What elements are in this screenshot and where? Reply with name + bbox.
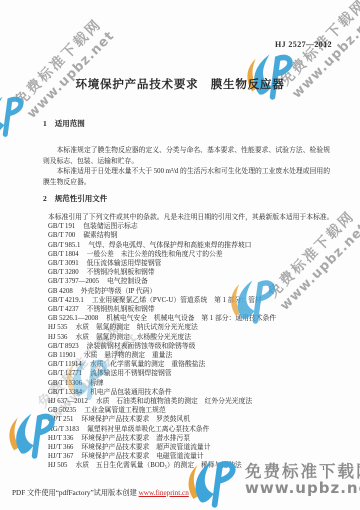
reference-title: 碳素结构钢	[83, 232, 117, 239]
reference-code: GB 11901	[48, 351, 76, 360]
reference-title: 低压流体输送用焊接钢管	[87, 260, 162, 267]
reference-item: HJ 505水质 五日生化需氧量（BOD₅）的测定 稀释与接种法	[48, 461, 330, 470]
reference-item: GB/T 13306标牌	[48, 379, 330, 388]
document-page: 免费标准下载网 www.upbz.net 免费标准下载网 www.upbz.ne…	[0, 0, 360, 510]
reference-code: GB/T 12771	[48, 369, 82, 378]
reference-code: HJ/T 366	[48, 443, 73, 452]
reference-title: 包装储运图示标志	[83, 223, 137, 230]
reference-item: GB/T 12771流体输送用不锈钢焊接钢管	[48, 369, 330, 378]
reference-code: GB/T 13384	[48, 388, 82, 397]
pdf-footer: PDF 文件使用“pdfFactory”试用版本创建 www.fineprint…	[12, 488, 189, 498]
standard-number: HJ 2527—2012	[275, 40, 332, 49]
reference-code: GB/T 700	[48, 231, 75, 240]
reference-item: HJ 637—2012水质 石油类和动植物油类的测定 红外分光光度法	[48, 397, 330, 406]
reference-title: 一般公差 未注公差的线性和角度尺寸的公差	[87, 251, 223, 258]
document-text-layer: HJ 2527—2012 环境保护产品技术要求 膜生物反应器 1适用范围 本标准…	[0, 0, 360, 510]
reference-item: GB/T 8923涂装前钢材表面锈蚀等级和除锈等级	[48, 342, 330, 351]
reference-item: GB/T 3797—2005电气控制设备	[48, 277, 330, 286]
reference-code: HJ 536	[48, 333, 67, 342]
reference-code: GB/T 11914	[48, 360, 82, 369]
reference-title: 流体输送用不锈钢焊接钢管	[90, 370, 172, 377]
reference-title: 环境保护产品技术要求 超声波管道流量计	[81, 444, 210, 451]
paragraph-scope-2: 本标准适用于日处理水量不大于 500 m³/d 的生活污水和可生化处理的工业废水…	[43, 167, 330, 188]
reference-item: GB 11901水质 悬浮物的测定 重量法	[48, 351, 330, 360]
reference-item: HG/T 3183氟塑料衬里单级单吸化工离心泵技术条件	[48, 425, 330, 434]
reference-code: GB/T 3797—2005	[48, 277, 99, 286]
reference-title: 水质 悬浮物的测定 重量法	[84, 352, 172, 359]
reference-item: GB/T 3280不锈钢冷轧钢板和钢带	[48, 268, 330, 277]
reference-item: HJ 535水质 氨氮的测定 纳氏试剂分光光度法	[48, 323, 330, 332]
reference-code: HJ/T 251	[48, 415, 73, 424]
reference-title: 电气控制设备	[107, 278, 148, 285]
section-title: 规范性引用文件	[55, 194, 108, 203]
reference-item: GB/T 4237不锈钢热轧钢板和钢带	[48, 305, 330, 314]
reference-item: HJ/T 366环境保护产品技术要求 超声波管道流量计	[48, 443, 330, 452]
reference-title: 水质 氨氮的测定 纳氏试剂分光光度法	[75, 324, 197, 331]
reference-code: GB 5226.1—2008	[48, 314, 98, 323]
reference-code: GB/T 13306	[48, 379, 82, 388]
references-intro: 本标准引用了下列文件或其中的条款。凡是未注明日期的引用文件，其最新版本适用于本标…	[48, 213, 330, 222]
reference-item: GB/T 191包装储运图示标志	[48, 222, 330, 231]
reference-code: GB/T 1804	[48, 250, 79, 259]
reference-title: 环境保护产品技术要求 罗茨鼓风机	[81, 416, 190, 423]
reference-code: HJ/T 336	[48, 434, 73, 443]
document-title: 环境保护产品技术要求 膜生物反应器	[0, 76, 360, 92]
reference-code: HJ 535	[48, 323, 67, 332]
reference-item: GB/T 985.1气焊、焊条电弧焊、气体保护焊和高能束焊的推荐坡口	[48, 241, 330, 250]
reference-code: GB/T 8923	[48, 342, 79, 351]
reference-title: 外壳防护等级（IP 代码）	[81, 288, 156, 295]
reference-title: 气焊、焊条电弧焊、气体保护焊和高能束焊的推荐坡口	[88, 242, 251, 249]
reference-title: 水质 化学需氧量的测定 重铬酸盐法	[90, 361, 206, 368]
section-number: 2	[43, 194, 47, 203]
reference-title: 水质 石油类和动植物油类的测定 红外分光光度法	[96, 398, 252, 405]
reference-title: 标牌	[90, 380, 104, 387]
reference-item: GB/T 700碳素结构钢	[48, 231, 330, 240]
reference-title: 工业金属管道工程施工规范	[84, 407, 166, 414]
reference-code: HJ 637—2012	[48, 397, 88, 406]
reference-item: GB/T 3091低压流体输送用焊接钢管	[48, 259, 330, 268]
reference-code: GB 50235	[48, 406, 76, 415]
reference-code: HJ/T 367	[48, 452, 73, 461]
reference-code: HG/T 3183	[48, 425, 79, 434]
reference-code: GB/T 4237	[48, 305, 79, 314]
reference-title: 水质 氨氮的测定 水杨酸分光光度法	[75, 334, 191, 341]
reference-code: GB 4208	[48, 287, 73, 296]
paragraph-scope-1: 本标准规定了膜生物反应器的定义、分类与命名、基本要求、性能要求、试验方法、检验规…	[43, 146, 330, 167]
reference-code: GB/T 4219.1	[48, 296, 84, 305]
page-number: 1	[322, 465, 325, 472]
reference-item: HJ/T 367环境保护产品技术要求 电磁管道流量计	[48, 452, 330, 461]
reference-item: GB 4208外壳防护等级（IP 代码）	[48, 287, 330, 296]
reference-title: 机电产品包装通用技术条件	[90, 389, 172, 396]
reference-title: 机械电气安全 机械电气设备 第 1 部分：通用技术条件	[106, 315, 276, 322]
reference-item: GB/T 11914水质 化学需氧量的测定 重铬酸盐法	[48, 360, 330, 369]
reference-code: GB/T 985.1	[48, 241, 80, 250]
reference-code: GB/T 191	[48, 222, 75, 231]
section-heading-references: 2规范性引用文件	[43, 193, 330, 204]
reference-item: GB/T 4219.1工业用硬聚氯乙烯（PVC-U）管道系统 第 1 部分：管材	[48, 296, 330, 305]
footer-link[interactable]: www.fineprint.cn	[139, 489, 189, 497]
reference-title: 不锈钢冷轧钢板和钢带	[87, 269, 155, 276]
section-title: 适用范围	[55, 119, 85, 128]
reference-title: 工业用硬聚氯乙烯（PVC-U）管道系统 第 1 部分：管材	[92, 297, 262, 304]
reference-item: GB/T 1804一般公差 未注公差的线性和角度尺寸的公差	[48, 250, 330, 259]
reference-code: GB/T 3280	[48, 268, 79, 277]
reference-title: 氟塑料衬里单级单吸化工离心泵技术条件	[87, 426, 209, 433]
reference-list: GB/T 191包装储运图示标志 GB/T 700碳素结构钢 GB/T 985.…	[48, 222, 330, 470]
reference-item: GB/T 13384机电产品包装通用技术条件	[48, 388, 330, 397]
section-heading-scope: 1适用范围	[43, 118, 330, 129]
reference-title: 涂装前钢材表面锈蚀等级和除锈等级	[87, 343, 196, 350]
reference-item: HJ/T 336环境保护产品技术要求 潜水排污泵	[48, 434, 330, 443]
reference-code: GB/T 3091	[48, 259, 79, 268]
reference-title: 水质 五日生化需氧量（BOD₅）的测定 稀释与接种法	[75, 462, 241, 469]
reference-item: HJ/T 251环境保护产品技术要求 罗茨鼓风机	[48, 415, 330, 424]
reference-item: GB 50235工业金属管道工程施工规范	[48, 406, 330, 415]
reference-title: 不锈钢热轧钢板和钢带	[87, 306, 155, 313]
reference-item: GB 5226.1—2008机械电气安全 机械电气设备 第 1 部分：通用技术条…	[48, 314, 330, 323]
reference-code: HJ 505	[48, 461, 67, 470]
document-body: 1适用范围 本标准规定了膜生物反应器的定义、分类与命名、基本要求、性能要求、试验…	[43, 118, 330, 471]
reference-title: 环境保护产品技术要求 电磁管道流量计	[81, 453, 203, 460]
section-number: 1	[43, 119, 47, 128]
reference-item: HJ 536水质 氨氮的测定 水杨酸分光光度法	[48, 333, 330, 342]
reference-title: 环境保护产品技术要求 潜水排污泵	[81, 435, 190, 442]
footer-text: PDF 文件使用“pdfFactory”试用版本创建	[12, 489, 139, 497]
